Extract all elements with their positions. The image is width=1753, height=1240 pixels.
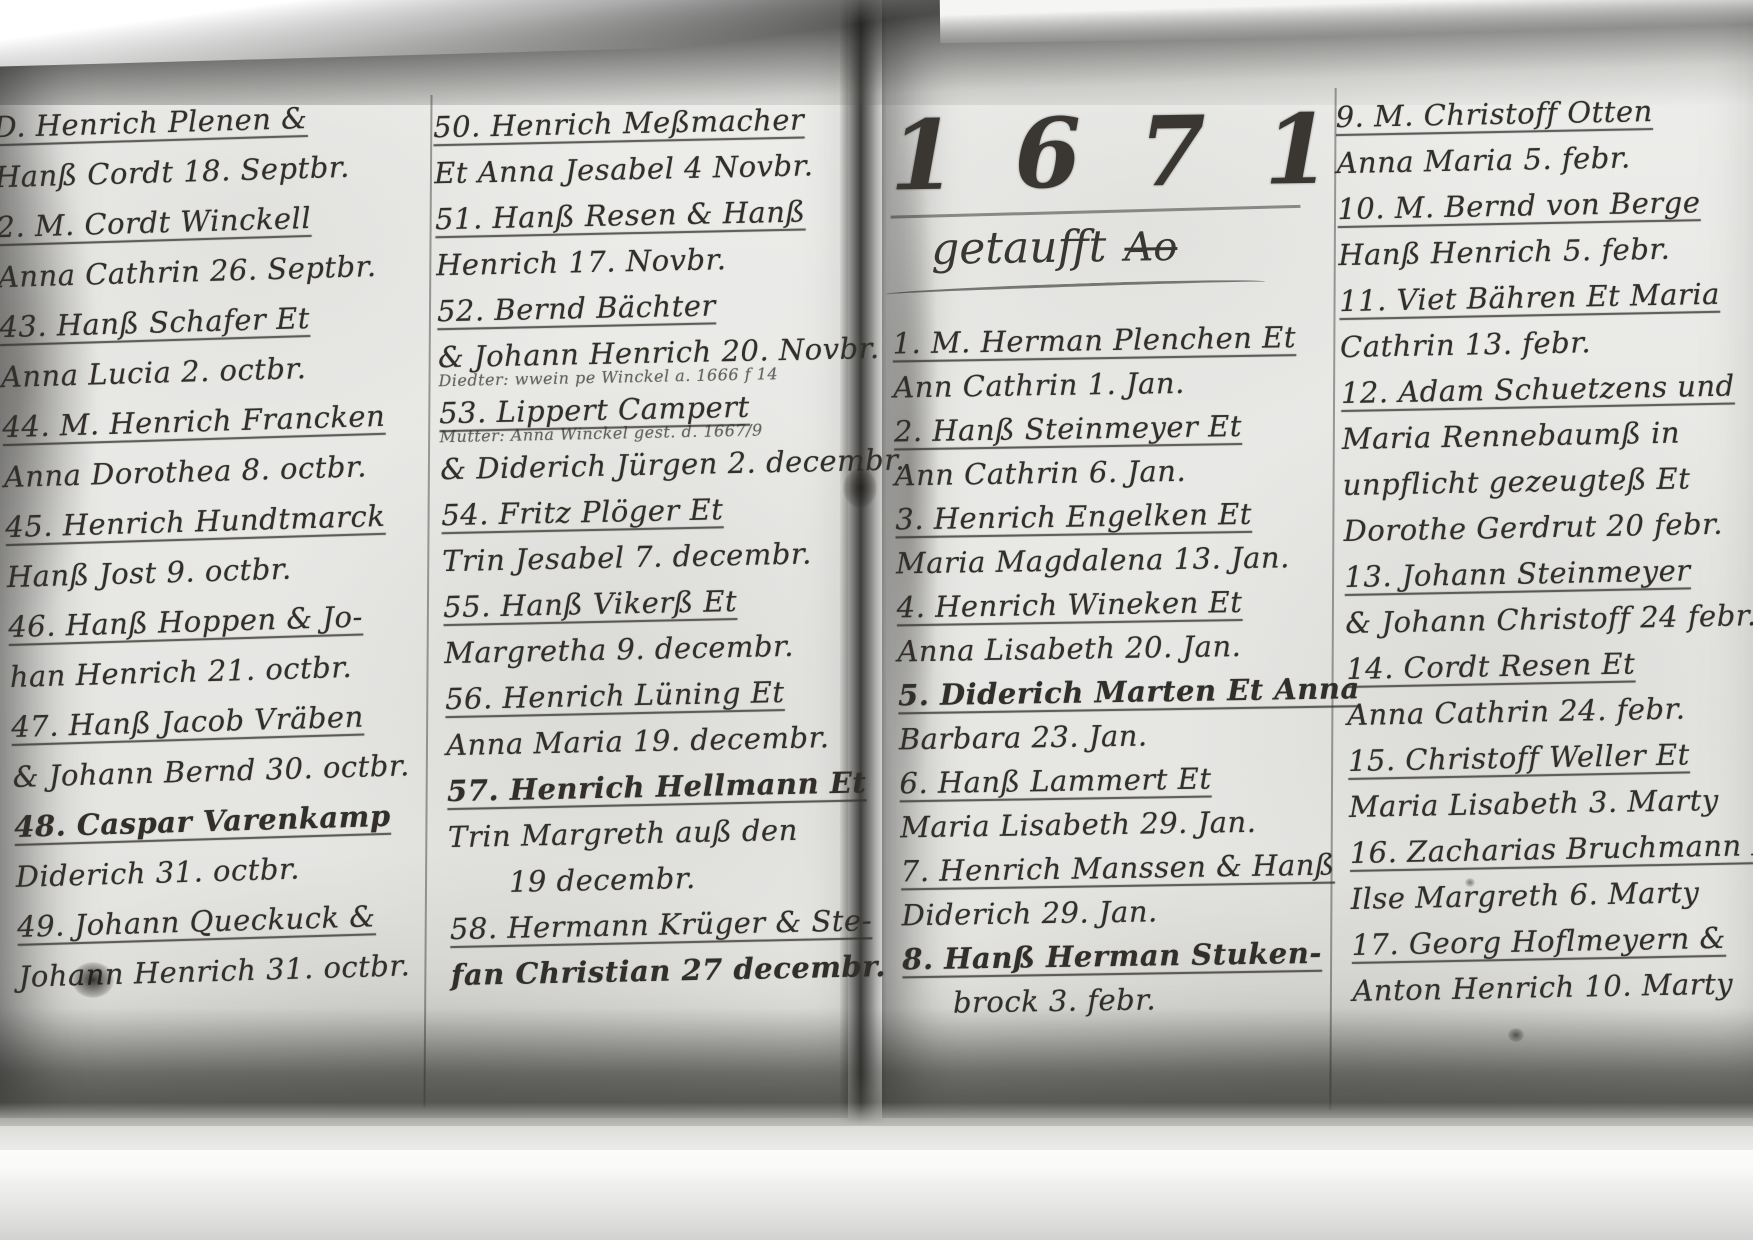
register-line: Et Anna Jesabel 4 Novbr. bbox=[434, 142, 835, 196]
ink-blot bbox=[72, 962, 114, 998]
register-line: fan Christian 27 decembr. bbox=[450, 944, 851, 998]
scan-bottom-shadow bbox=[0, 1008, 1753, 1126]
register-line: Henrich 17. Novbr. bbox=[436, 234, 837, 288]
register-line: Anton Henrich 10. Marty bbox=[1352, 960, 1753, 1014]
ink-speck bbox=[1465, 878, 1475, 887]
register-line: 51. Hanß Resen & Hanß bbox=[435, 188, 836, 242]
register-column-3: 1671 getaufft Ao 1. M. Herman Plenchen E… bbox=[889, 95, 1339, 1026]
register-column-2: 50. Henrich MeßmacherEt Anna Jesabel 4 N… bbox=[433, 96, 852, 998]
register-line: Diderich 29. Jan. bbox=[901, 887, 1338, 938]
baptism-heading-row: getaufft Ao bbox=[891, 214, 1328, 281]
register-line: 13. Johann Steinmeyer bbox=[1344, 546, 1753, 600]
register-line: Maria Lisabeth 29. Jan. bbox=[900, 799, 1337, 850]
register-line: 1. M. Herman Plenchen Et bbox=[892, 315, 1329, 366]
register-line: 8. Hanß Herman Stuken- bbox=[902, 931, 1339, 982]
register-line: Trin Jesabel 7. decembr. bbox=[442, 530, 843, 584]
scan-bottom-highlight bbox=[0, 1150, 1753, 1184]
register-column-3-entries: 1. M. Herman Plenchen EtAnn Cathrin 1. J… bbox=[892, 315, 1339, 1026]
register-line: Ann Cathrin 1. Jan. bbox=[893, 359, 1330, 410]
register-line: Maria Magdalena 13. Jan. bbox=[896, 535, 1333, 586]
register-line: 12. Adam Schuetzens und bbox=[1341, 362, 1753, 416]
register-line: Ilse Margreth 6. Marty bbox=[1350, 868, 1753, 922]
heading-flourish-stroke bbox=[886, 277, 1266, 299]
register-line: & Johann Christoff 24 febr. bbox=[1345, 592, 1753, 646]
register-line: Cathrin 13. febr. bbox=[1340, 316, 1753, 370]
register-line: 57. Henrich Hellmann Et bbox=[447, 760, 848, 814]
register-line: unpflicht gezeugteß Et bbox=[1342, 454, 1753, 508]
register-line: 17. Georg Hoflmeyern & bbox=[1351, 914, 1753, 968]
register-line: Anna Maria 19. decembr. bbox=[446, 714, 847, 768]
register-line: 11. Viet Bähren Et Maria bbox=[1339, 270, 1753, 324]
register-line: Anna Maria 5. febr. bbox=[1336, 132, 1753, 186]
register-line: 5. Diderich Marten Et Anna bbox=[898, 667, 1335, 718]
register-line: 3. Henrich Engelken Et bbox=[895, 491, 1332, 542]
register-line: 58. Hermann Krüger & Ste- bbox=[449, 898, 850, 952]
year-heading: 1671 bbox=[889, 95, 1327, 212]
register-line: 10. M. Bernd von Berge bbox=[1337, 178, 1753, 232]
register-line: Hanß Henrich 5. febr. bbox=[1338, 224, 1753, 278]
getaufft-heading: getaufft bbox=[931, 217, 1107, 280]
register-line: 15. Christoff Weller Et bbox=[1348, 730, 1753, 784]
register-line: Maria Rennebaumß in bbox=[1341, 408, 1753, 462]
register-line: & Diderich Jürgen 2. decembr. bbox=[440, 438, 841, 492]
register-column-1: D. Henrich Plenen &Hanß Cordt 18. Septbr… bbox=[0, 90, 429, 1002]
register-line: 14. Cordt Resen Et bbox=[1346, 638, 1753, 692]
register-line: 4. Henrich Wineken Et bbox=[896, 579, 1333, 630]
register-line: 55. Hanß Vikerß Et bbox=[443, 576, 844, 630]
register-line: 2. Hanß Steinmeyer Et bbox=[894, 403, 1331, 454]
register-line: Anna Lisabeth 20. Jan. bbox=[897, 623, 1334, 674]
register-line: 54. Fritz Plöger Et bbox=[441, 484, 842, 538]
register-line: Ann Cathrin 6. Jan. bbox=[894, 447, 1331, 498]
register-line: 19 decembr. bbox=[449, 852, 850, 906]
register-line: 7. Henrich Manssen & Hanß bbox=[901, 843, 1338, 894]
register-line: 16. Zacharias Bruchmann Et bbox=[1349, 822, 1753, 876]
crossed-out-word: Ao bbox=[1124, 224, 1178, 271]
register-line: Margretha 9. decembr. bbox=[444, 622, 845, 676]
register-line: Anna Cathrin 24. febr. bbox=[1347, 684, 1753, 738]
register-line: Maria Lisabeth 3. Marty bbox=[1348, 776, 1753, 830]
register-line: Dorothe Gerdrut 20 febr. bbox=[1343, 500, 1753, 554]
register-line: Barbara 23. Jan. bbox=[898, 711, 1335, 762]
register-line: 56. Henrich Lüning Et bbox=[445, 668, 846, 722]
register-column-4: 9. M. Christoff OttenAnna Maria 5. febr.… bbox=[1335, 86, 1753, 1014]
scanned-register-spread: D. Henrich Plenen &Hanß Cordt 18. Septbr… bbox=[0, 0, 1753, 1240]
ink-blot bbox=[843, 468, 877, 508]
register-line: 6. Hanß Lammert Et bbox=[899, 755, 1336, 806]
register-line: Trin Margreth auß den bbox=[448, 806, 849, 860]
register-line: 52. Bernd Bächter bbox=[437, 280, 838, 334]
